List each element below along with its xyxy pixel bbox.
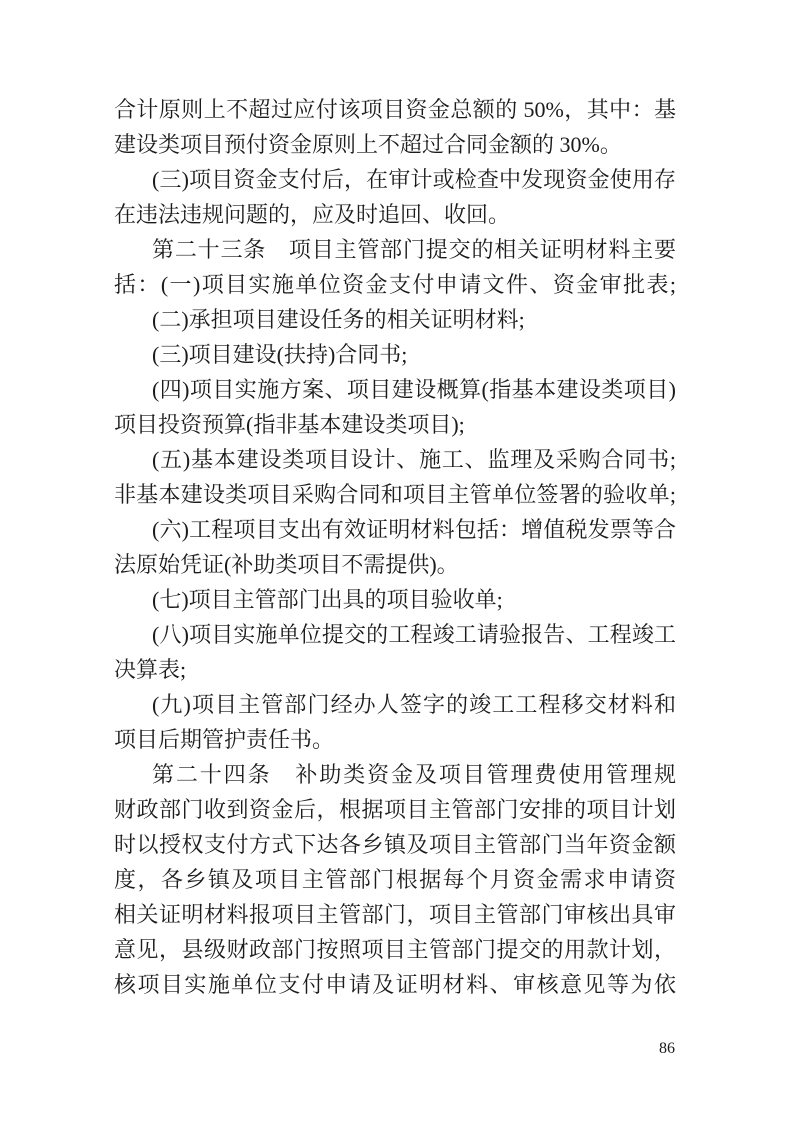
text-line: 相关证明材料报项目主管部门，项目主管部门审核出具审核 [114, 897, 676, 932]
text-line: 法原始凭证(补助类项目不需提供)。 [114, 547, 676, 582]
text-line: 项目投资预算(指非基本建设类项目); [114, 407, 676, 442]
text-line: 财政部门收到资金后，根据项目主管部门安排的项目计划及 [114, 792, 676, 827]
text-line: (七)项目主管部门出具的项目验收单; [114, 582, 676, 617]
text-line: (六)工程项目支出有效证明材料包括：增值税发票等合 [114, 512, 676, 547]
text-line: 决算表; [114, 652, 676, 687]
text-line: 建设类项目预付资金原则上不超过合同金额的 30%。 [114, 127, 676, 162]
text-line: (三)项目资金支付后，在审计或检查中发现资金使用存 [114, 162, 676, 197]
text-line: 非基本建设类项目采购合同和项目主管单位签署的验收单; [114, 477, 676, 512]
page-number: 86 [659, 1040, 675, 1058]
text-line: (三)项目建设(扶持)合同书; [114, 337, 676, 372]
text-line: (二)承担项目建设任务的相关证明材料; [114, 302, 676, 337]
text-line: 第二十三条 项目主管部门提交的相关证明材料主要包 [114, 232, 676, 267]
text-line: (五)基本建设类项目设计、施工、监理及采购合同书; [114, 442, 676, 477]
text-line: 在违法违规问题的，应及时追回、收回。 [114, 197, 676, 232]
text-line: 第二十四条 补助类资金及项目管理费使用管理规定。 [114, 757, 676, 792]
text-line: 度，各乡镇及项目主管部门根据每个月资金需求申请资金， [114, 862, 676, 897]
text-line: (八)项目实施单位提交的工程竣工请验报告、工程竣工 [114, 617, 676, 652]
document-body: 合计原则上不超过应付该项目资金总额的 50%，其中：基础建设类项目预付资金原则上… [114, 92, 676, 1002]
text-line: 时以授权支付方式下达各乡镇及项目主管部门当年资金额 [114, 827, 676, 862]
document-page: 合计原则上不超过应付该项目资金总额的 50%，其中：基础建设类项目预付资金原则上… [0, 0, 793, 1122]
text-line: 括：(一)项目实施单位资金支付申请文件、资金审批表; [114, 267, 676, 302]
text-line: (四)项目实施方案、项目建设概算(指基本建设类项目) [114, 372, 676, 407]
text-line: 意见，县级财政部门按照项目主管部门提交的用款计划，复 [114, 932, 676, 967]
text-line: 合计原则上不超过应付该项目资金总额的 50%，其中：基础 [114, 92, 676, 127]
text-line: 项目后期管护责任书。 [114, 722, 676, 757]
text-line: 核项目实施单位支付申请及证明材料、审核意见等为依据， [114, 967, 676, 1002]
text-line: (九)项目主管部门经办人签字的竣工工程移交材料和 [114, 687, 676, 722]
